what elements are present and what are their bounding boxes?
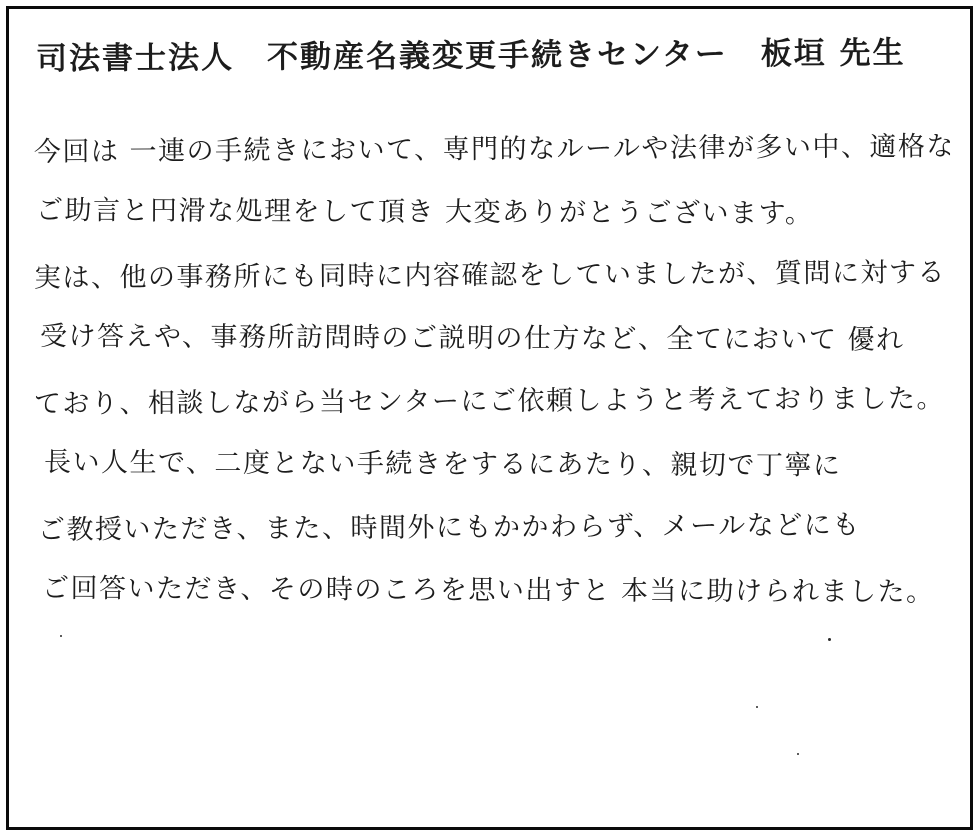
scan-speck bbox=[756, 706, 758, 708]
letter-line: 受け答えや、事務所訪問時のご説明の仕方など、全てにおいて 優れ bbox=[34, 305, 950, 372]
scan-speck bbox=[60, 635, 62, 637]
scan-speck bbox=[797, 753, 799, 755]
letter-addressee-header: 司法書士法人 不動産名義変更手続きセンター 板垣 先生 bbox=[36, 27, 936, 78]
letter-line: 実は、他の事務所にも同時に内容確認をしていましたが、質問に対する bbox=[34, 241, 950, 310]
letter-line: 今回は 一連の手続きにおいて、専門的なルールや法律が多い中、適格な bbox=[34, 115, 950, 184]
scanned-letter-page: 司法書士法人 不動産名義変更手続きセンター 板垣 先生 今回は 一連の手続きにお… bbox=[0, 0, 980, 837]
letter-line: ご助言と円滑な処理をして頂き 大変ありがとうございます。 bbox=[34, 179, 950, 246]
letter-line: ご教授いただき、また、時間外にもかかわらず、メールなどにも bbox=[34, 493, 950, 562]
letter-line: 長い人生で、二度とない手続きをするにあたり、親切で丁寧に bbox=[34, 431, 950, 498]
letter-line: ており、相談しながら当センターにご依頼しようと考えておりました。 bbox=[34, 367, 950, 436]
letter-body: 今回は 一連の手続きにおいて、専門的なルールや法律が多い中、適格な ご助言と円滑… bbox=[34, 118, 950, 622]
scan-speck bbox=[828, 638, 831, 641]
letter-line: ご回答いただき、その時のころを思い出すと 本当に助けられました。 bbox=[34, 557, 950, 624]
